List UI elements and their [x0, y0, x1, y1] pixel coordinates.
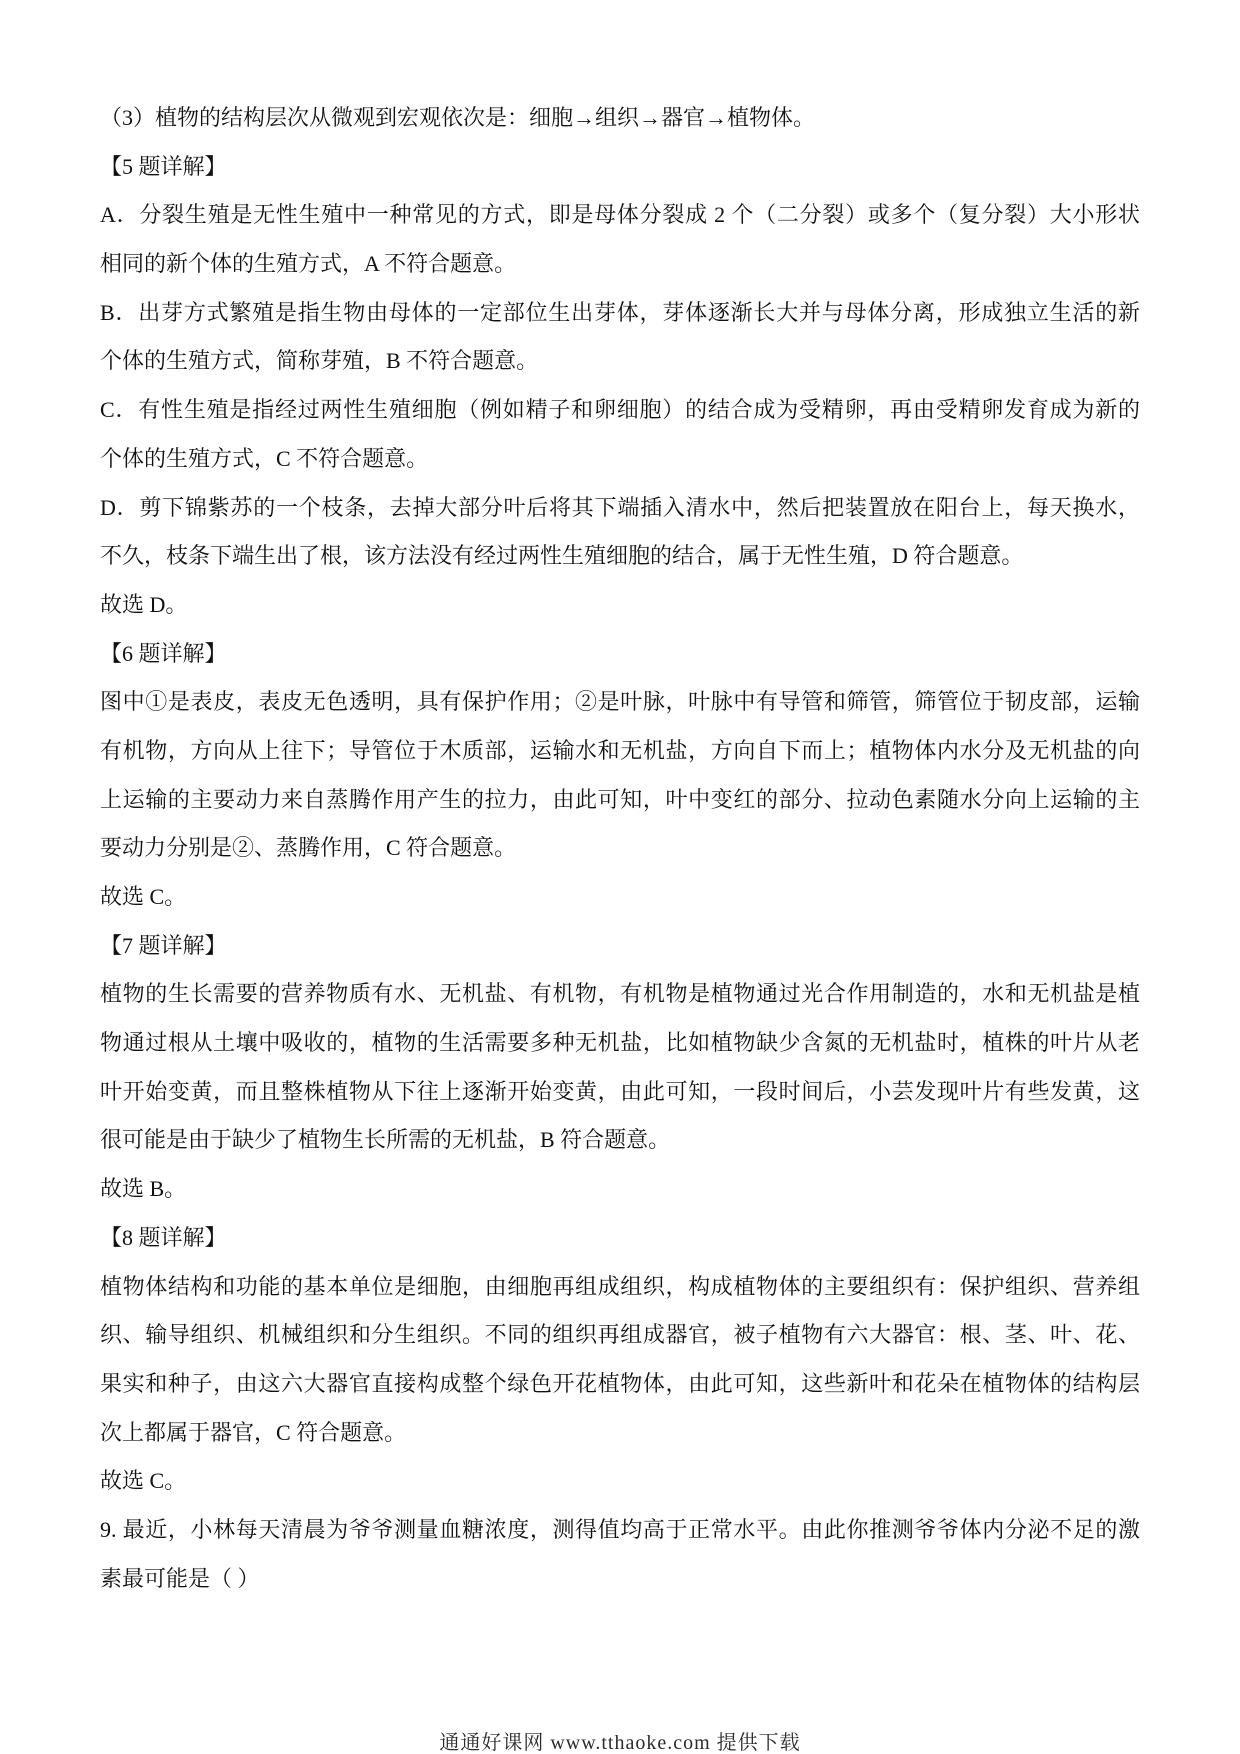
text-line: （3）植物的结构层次从微观到宏观依次是：细胞→组织→器官→植物体。 — [100, 94, 1140, 143]
text-line: 植物的生长需要的营养物质有水、无机盐、有机物，有机物是植物通过光合作用制造的，水… — [100, 970, 1140, 1019]
text-line: 很可能是由于缺少了植物生长所需的无机盐，B 符合题意。 — [100, 1116, 1140, 1165]
text-line: C．有性生殖是指经过两性生殖细胞（例如精子和卵细胞）的结合成为受精卵，再由受精卵… — [100, 386, 1140, 435]
text-line: 【7 题详解】 — [100, 922, 1140, 971]
text-line: 要动力分别是②、蒸腾作用，C 符合题意。 — [100, 824, 1140, 873]
text-line: 素最可能是（ ） — [100, 1555, 1140, 1604]
answer-explanation-body: （3）植物的结构层次从微观到宏观依次是：细胞→组织→器官→植物体。【5 题详解】… — [100, 94, 1140, 1603]
text-line: 故选 B。 — [100, 1165, 1140, 1214]
text-line: 有机物，方向从上往下；导管位于木质部，运输水和无机盐，方向自下而上；植物体内水分… — [100, 727, 1140, 776]
text-line: 故选 D。 — [100, 581, 1140, 630]
text-line: 相同的新个体的生殖方式，A 不符合题意。 — [100, 240, 1140, 289]
text-line: A．分裂生殖是无性生殖中一种常见的方式，即是母体分裂成 2 个（二分裂）或多个（… — [100, 191, 1140, 240]
text-line: 不久，枝条下端生出了根，该方法没有经过两性生殖细胞的结合，属于无性生殖，D 符合… — [100, 532, 1140, 581]
text-line: 故选 C。 — [100, 1457, 1140, 1506]
text-line: D．剪下锦紫苏的一个枝条，去掉大部分叶后将其下端插入清水中，然后把装置放在阳台上… — [100, 484, 1140, 533]
text-line: 次上都属于器官，C 符合题意。 — [100, 1409, 1140, 1458]
text-line: 果实和种子，由这六大器官直接构成整个绿色开花植物体，由此可知，这些新叶和花朵在植… — [100, 1360, 1140, 1409]
text-line: 【5 题详解】 — [100, 143, 1140, 192]
text-line: 【8 题详解】 — [100, 1214, 1140, 1263]
text-line: B．出芽方式繁殖是指生物由母体的一定部位生出芽体，芽体逐渐长大并与母体分离，形成… — [100, 289, 1140, 338]
text-line: 9. 最近，小林每天清晨为爷爷测量血糖浓度，测得值均高于正常水平。由此你推测爷爷… — [100, 1506, 1140, 1555]
document-page: （3）植物的结构层次从微观到宏观依次是：细胞→组织→器官→植物体。【5 题详解】… — [0, 0, 1240, 1754]
text-line: 【6 题详解】 — [100, 630, 1140, 679]
text-line: 物通过根从土壤中吸收的，植物的生活需要多种无机盐，比如植物缺少含氮的无机盐时，植… — [100, 1019, 1140, 1068]
footer-watermark: 通通好课网 www.tthaoke.com 提供下载 — [0, 1726, 1240, 1754]
text-line: 叶开始变黄，而且整株植物从下往上逐渐开始变黄，由此可知，一段时间后，小芸发现叶片… — [100, 1068, 1140, 1117]
text-line: 个体的生殖方式，简称芽殖，B 不符合题意。 — [100, 337, 1140, 386]
text-line: 织、输导组织、机械组织和分生组织。不同的组织再组成器官，被子植物有六大器官：根、… — [100, 1311, 1140, 1360]
text-line: 植物体结构和功能的基本单位是细胞，由细胞再组成组织，构成植物体的主要组织有：保护… — [100, 1263, 1140, 1312]
text-line: 个体的生殖方式，C 不符合题意。 — [100, 435, 1140, 484]
text-line: 图中①是表皮，表皮无色透明，具有保护作用；②是叶脉，叶脉中有导管和筛管，筛管位于… — [100, 678, 1140, 727]
text-line: 上运输的主要动力来自蒸腾作用产生的拉力，由此可知，叶中变红的部分、拉动色素随水分… — [100, 776, 1140, 825]
text-line: 故选 C。 — [100, 873, 1140, 922]
